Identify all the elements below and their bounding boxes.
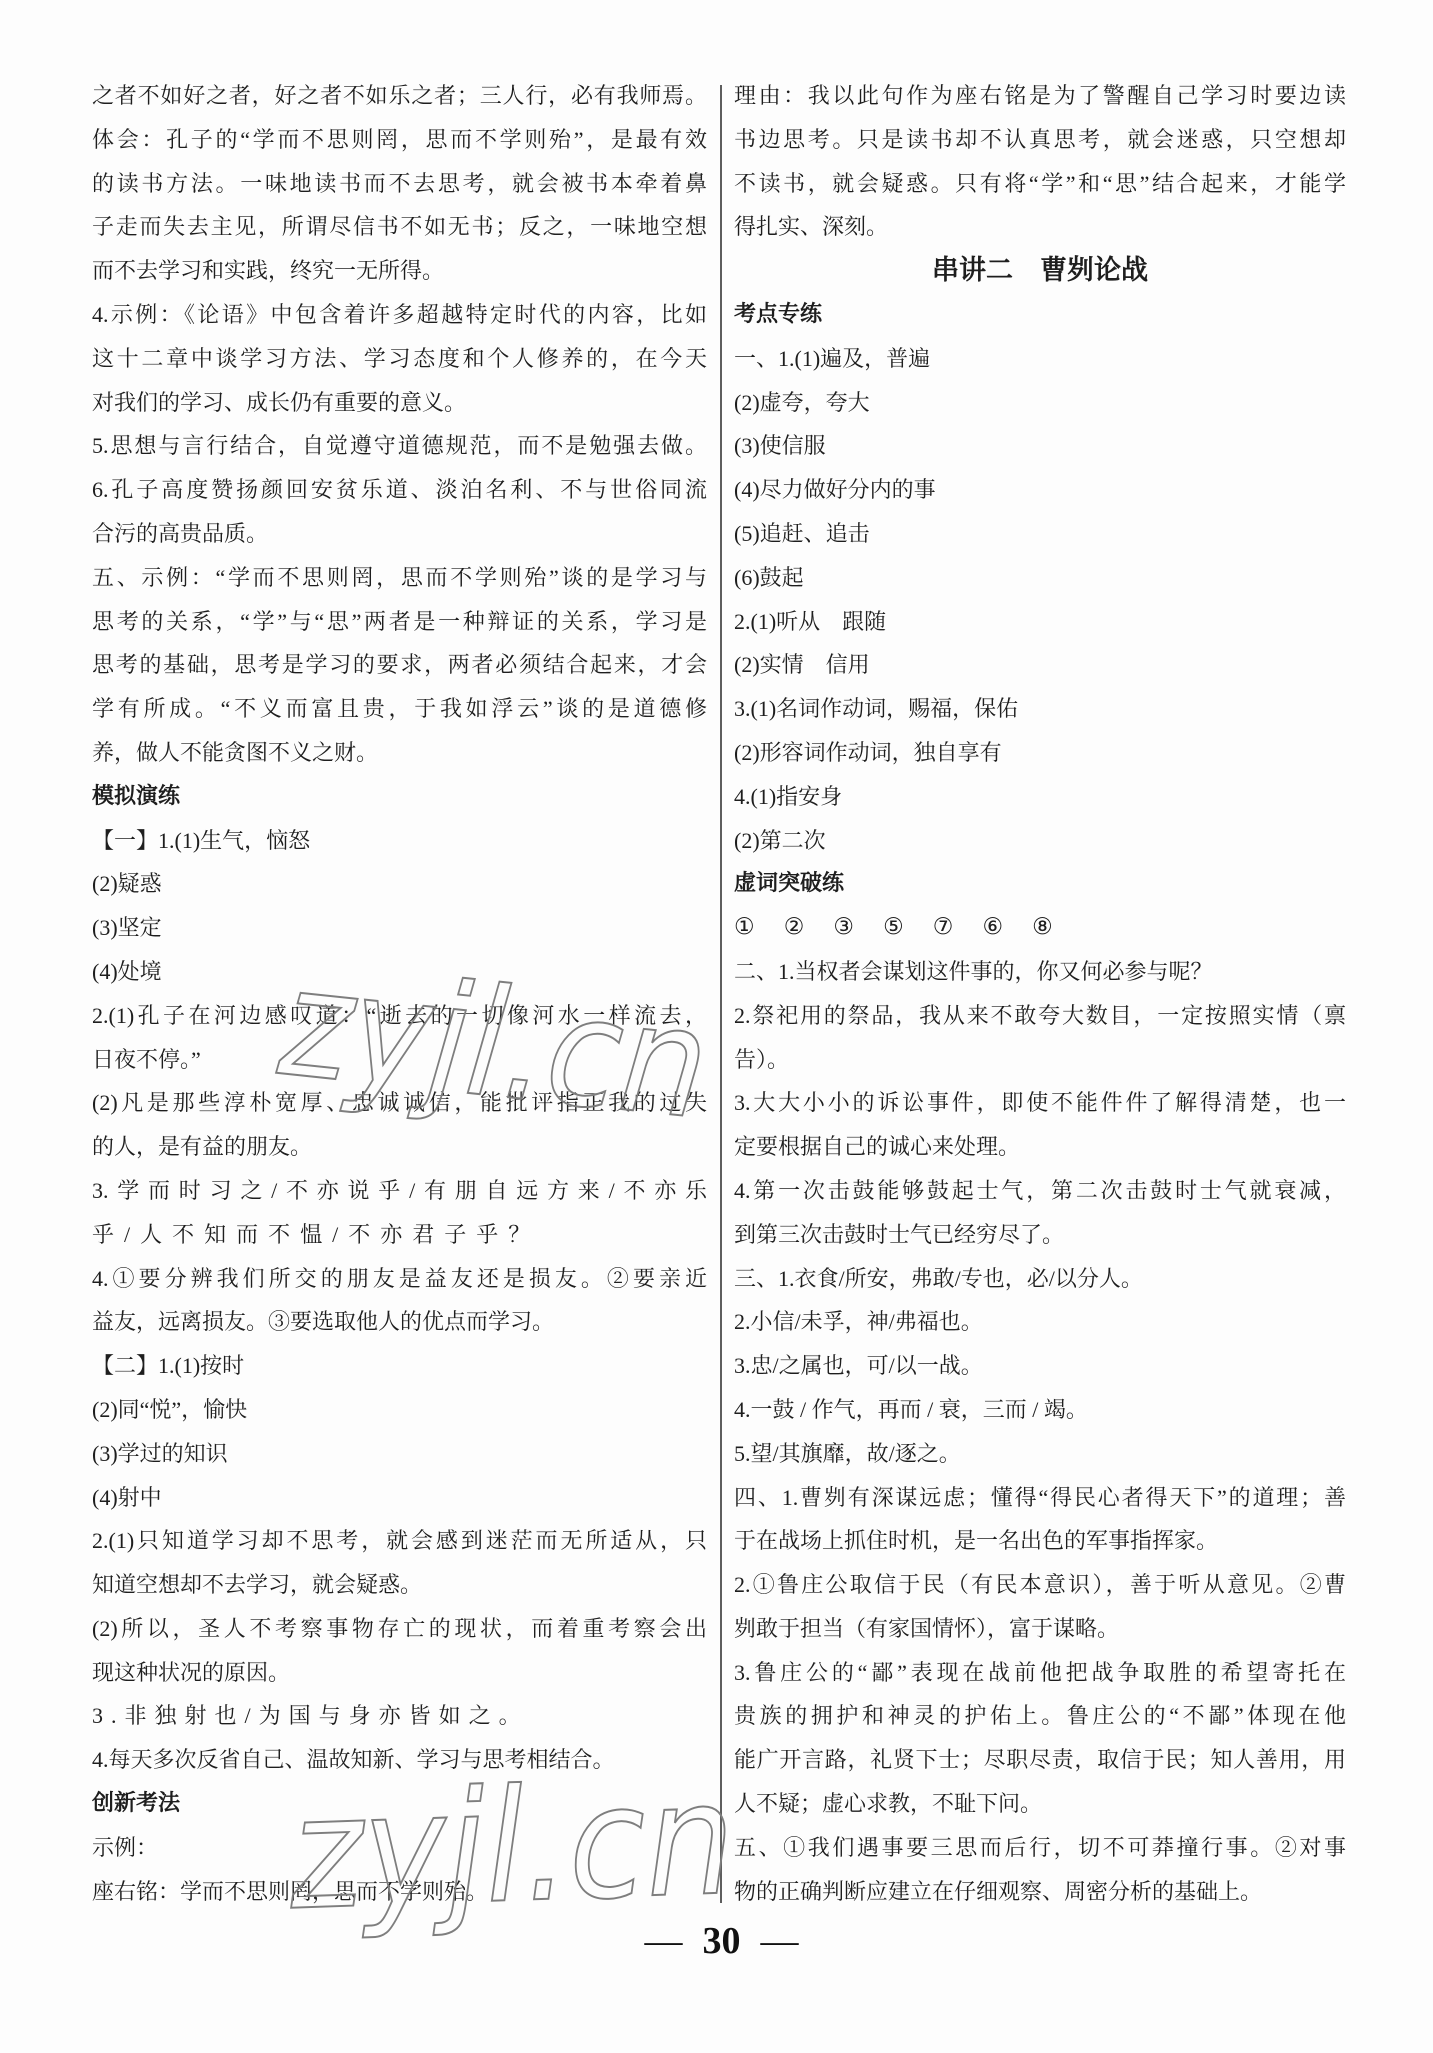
answer-line: (3)使信服 xyxy=(734,424,1346,468)
answer-line: 一、1.(1)遍及，普遍 xyxy=(734,337,1346,381)
document-page: 之者不如好之者，好之者不如乐之者；三人行，必有我师焉。 体会：孔子的“学而不思则… xyxy=(0,0,1433,2053)
section-heading-function-words: 虚词突破练 xyxy=(734,862,1346,906)
answer-line: (5)追赶、追击 xyxy=(734,512,1346,556)
text-line: 书边思考。只是读书却不认真思考，就会迷惑，只空想却 xyxy=(734,118,1346,162)
answer-line: (2)形容词作动词，独自享有 xyxy=(734,731,1346,775)
chapter-title: 串讲二 曹刿论战 xyxy=(734,249,1346,293)
answer-line: 五、①我们遇事要三思而后行，切不可莽撞行事。②对事 xyxy=(734,1826,1346,1870)
answer-line: (3)学过的知识 xyxy=(92,1432,707,1476)
answer-line: 的人，是有益的朋友。 xyxy=(92,1125,707,1169)
answer-line: (2)实情 信用 xyxy=(734,643,1346,687)
answer-line: 4.①要分辨我们所交的朋友是益友还是损友。②要亲近 xyxy=(92,1257,707,1301)
answer-line: 3.大大小小的诉讼事件，即使不能件件了解得清楚，也一 xyxy=(734,1081,1346,1125)
answer-line: 2.(1)听从 跟随 xyxy=(734,600,1346,644)
answer-line: (2)虚夸，夸大 xyxy=(734,381,1346,425)
text-line: 这十二章中谈学习方法、学习态度和个人修养的，在今天 xyxy=(92,337,707,381)
answer-line: (4)尽力做好分内的事 xyxy=(734,468,1346,512)
circled-answers-row: ① ② ③ ⑤ ⑦ ⑥ ⑧ xyxy=(734,906,1346,950)
circled-answer: ⑤ xyxy=(883,906,933,950)
column-divider xyxy=(720,85,722,1903)
section-heading-mock-practice: 模拟演练 xyxy=(92,775,707,819)
answer-line: 3.忠/之属也，可/以一战。 xyxy=(734,1344,1346,1388)
text-line: 合污的高贵品质。 xyxy=(92,512,707,556)
text-line: 5.思想与言行结合，自觉遵守道德规范，而不是勉强去做。 xyxy=(92,424,707,468)
answer-line: 二、1.当权者会谋划这件事的，你又何必参与呢？ xyxy=(734,950,1346,994)
answer-line: 4.一鼓 / 作气，再而 / 衰，三而 / 竭。 xyxy=(734,1388,1346,1432)
answer-line: 示例： xyxy=(92,1826,707,1870)
answer-line: 2.①鲁庄公取信于民（有民本意识），善于听从意见。②曹 xyxy=(734,1563,1346,1607)
answer-line: (2)第二次 xyxy=(734,819,1346,863)
answer-line: 3.(1)名词作动词，赐福，保佑 xyxy=(734,687,1346,731)
answer-line: (4)处境 xyxy=(92,950,707,994)
answer-line: (2)同“悦”，愉快 xyxy=(92,1388,707,1432)
page-number-dash-right: — xyxy=(761,1921,799,1961)
answer-line: 人不疑；虚心求教，不耻下问。 xyxy=(734,1782,1346,1826)
answer-line: 物的正确判断应建立在仔细观察、周密分析的基础上。 xyxy=(734,1870,1346,1914)
answer-line: 日夜不停。” xyxy=(92,1038,707,1082)
answer-line: 【一】1.(1)生气，恼怒 xyxy=(92,819,707,863)
text-line: 6.孔子高度赞扬颜回安贫乐道、淡泊名利、不与世俗同流 xyxy=(92,468,707,512)
text-line: 不读书，就会疑惑。只有将“学”和“思”结合起来，才能学 xyxy=(734,162,1346,206)
page-number-dash-left: — xyxy=(645,1921,683,1961)
answer-line: (6)鼓起 xyxy=(734,556,1346,600)
text-line: 学有所成。“不义而富且贵，于我如浮云”谈的是道德修 xyxy=(92,687,707,731)
text-line: 得扎实、深刻。 xyxy=(734,205,1346,249)
answer-line: 【二】1.(1)按时 xyxy=(92,1344,707,1388)
left-column: 之者不如好之者，好之者不如乐之者；三人行，必有我师焉。 体会：孔子的“学而不思则… xyxy=(92,74,707,1913)
answer-line: 刿敢于担当（有家国情怀），富于谋略。 xyxy=(734,1607,1346,1651)
answer-line: 乎/人不知而不愠/不亦君子乎？ xyxy=(92,1213,707,1257)
text-line: 思考的关系，“学”与“思”两者是一种辩证的关系，学习是 xyxy=(92,600,707,644)
circled-answer: ⑥ xyxy=(982,906,1032,950)
text-line: 4.示例：《论语》中包含着许多超越特定时代的内容，比如 xyxy=(92,293,707,337)
answer-line: 3.非独射也/为国与身亦皆如之。 xyxy=(92,1694,707,1738)
text-line: 思考的基础，思考是学习的要求，两者必须结合起来，才会 xyxy=(92,643,707,687)
right-column: 理由：我以此句作为座右铭是为了警醒自己学习时要边读 书边思考。只是读书却不认真思… xyxy=(734,74,1346,1913)
answer-line: 于在战场上抓住时机，是一名出色的军事指挥家。 xyxy=(734,1519,1346,1563)
answer-line: (2)所以，圣人不考察事物存亡的现状，而着重考察会出 xyxy=(92,1607,707,1651)
text-line: 的读书方法。一味地读书而不去思考，就会被书本牵着鼻 xyxy=(92,162,707,206)
answer-line: 定要根据自己的诚心来处理。 xyxy=(734,1125,1346,1169)
answer-line: 现这种状况的原因。 xyxy=(92,1651,707,1695)
answer-line: 2.(1)只知道学习却不思考，就会感到迷茫而无所适从，只 xyxy=(92,1519,707,1563)
text-line: 理由：我以此句作为座右铭是为了警醒自己学习时要边读 xyxy=(734,74,1346,118)
text-line: 而不去学习和实践，终究一无所得。 xyxy=(92,249,707,293)
answer-line: 4.每天多次反省自己、温故知新、学习与思考相结合。 xyxy=(92,1738,707,1782)
text-line: 对我们的学习、成长仍有重要的意义。 xyxy=(92,381,707,425)
answer-line: 益友，远离损友。③要选取他人的优点而学习。 xyxy=(92,1300,707,1344)
text-line: 养，做人不能贪图不义之财。 xyxy=(92,731,707,775)
answer-line: 贵族的拥护和神灵的护佑上。鲁庄公的“不鄙”体现在他 xyxy=(734,1694,1346,1738)
circled-answer: ① xyxy=(734,906,784,950)
answer-line: 四、1.曹刿有深谋远虑；懂得“得民心者得天下”的道理；善 xyxy=(734,1476,1346,1520)
answer-line: 4.第一次击鼓能够鼓起士气，第二次击鼓时士气就衰减， xyxy=(734,1169,1346,1213)
answer-line: (2)疑惑 xyxy=(92,862,707,906)
text-line: 之者不如好之者，好之者不如乐之者；三人行，必有我师焉。 xyxy=(92,74,707,118)
answer-line: 知道空想却不去学习，就会疑惑。 xyxy=(92,1563,707,1607)
answer-line: 2.(1)孔子在河边感叹道：“逝去的一切像河水一样流去， xyxy=(92,994,707,1038)
answer-line: 能广开言路，礼贤下士；尽职尽责，取信于民；知人善用，用 xyxy=(734,1738,1346,1782)
answer-line: 4.(1)指安身 xyxy=(734,775,1346,819)
page-number-value: 30 xyxy=(703,1921,741,1961)
section-heading-innovative-method: 创新考法 xyxy=(92,1782,707,1826)
page-number: — 30 — xyxy=(10,1921,1433,1961)
answer-line: 5.望/其旗靡，故/逐之。 xyxy=(734,1432,1346,1476)
circled-answer: ⑧ xyxy=(1032,906,1082,950)
answer-line: 告）。 xyxy=(734,1038,1346,1082)
answer-line: 2.祭祀用的祭品，我从来不敢夸大数目，一定按照实情（禀 xyxy=(734,994,1346,1038)
answer-line: 3.学而时习之/不亦说乎/有朋自远方来/不亦乐 xyxy=(92,1169,707,1213)
text-line: 体会：孔子的“学而不思则罔，思而不学则殆”，是最有效 xyxy=(92,118,707,162)
answer-line: (3)坚定 xyxy=(92,906,707,950)
answer-line: 座右铭：学而不思则罔，思而不学则殆。 xyxy=(92,1870,707,1914)
answer-line: 三、1.衣食/所安，弗敢/专也，必/以分人。 xyxy=(734,1257,1346,1301)
circled-answer: ⑦ xyxy=(933,906,983,950)
answer-line: 3.鲁庄公的“鄙”表现在战前他把战争取胜的希望寄托在 xyxy=(734,1651,1346,1695)
answer-line: (2)凡是那些淳朴宽厚、忠诚诚信，能批评指正我的过失 xyxy=(92,1081,707,1125)
circled-answer: ② xyxy=(784,906,834,950)
answer-line: 到第三次击鼓时士气已经穷尽了。 xyxy=(734,1213,1346,1257)
text-line: 五、示例：“学而不思则罔，思而不学则殆”谈的是学习与 xyxy=(92,556,707,600)
circled-answer: ③ xyxy=(833,906,883,950)
answer-line: (4)射中 xyxy=(92,1476,707,1520)
section-heading-key-points: 考点专练 xyxy=(734,293,1346,337)
text-line: 子走而失去主见，所谓尽信书不如无书；反之，一味地空想 xyxy=(92,205,707,249)
answer-line: 2.小信/未孚，神/弗福也。 xyxy=(734,1300,1346,1344)
